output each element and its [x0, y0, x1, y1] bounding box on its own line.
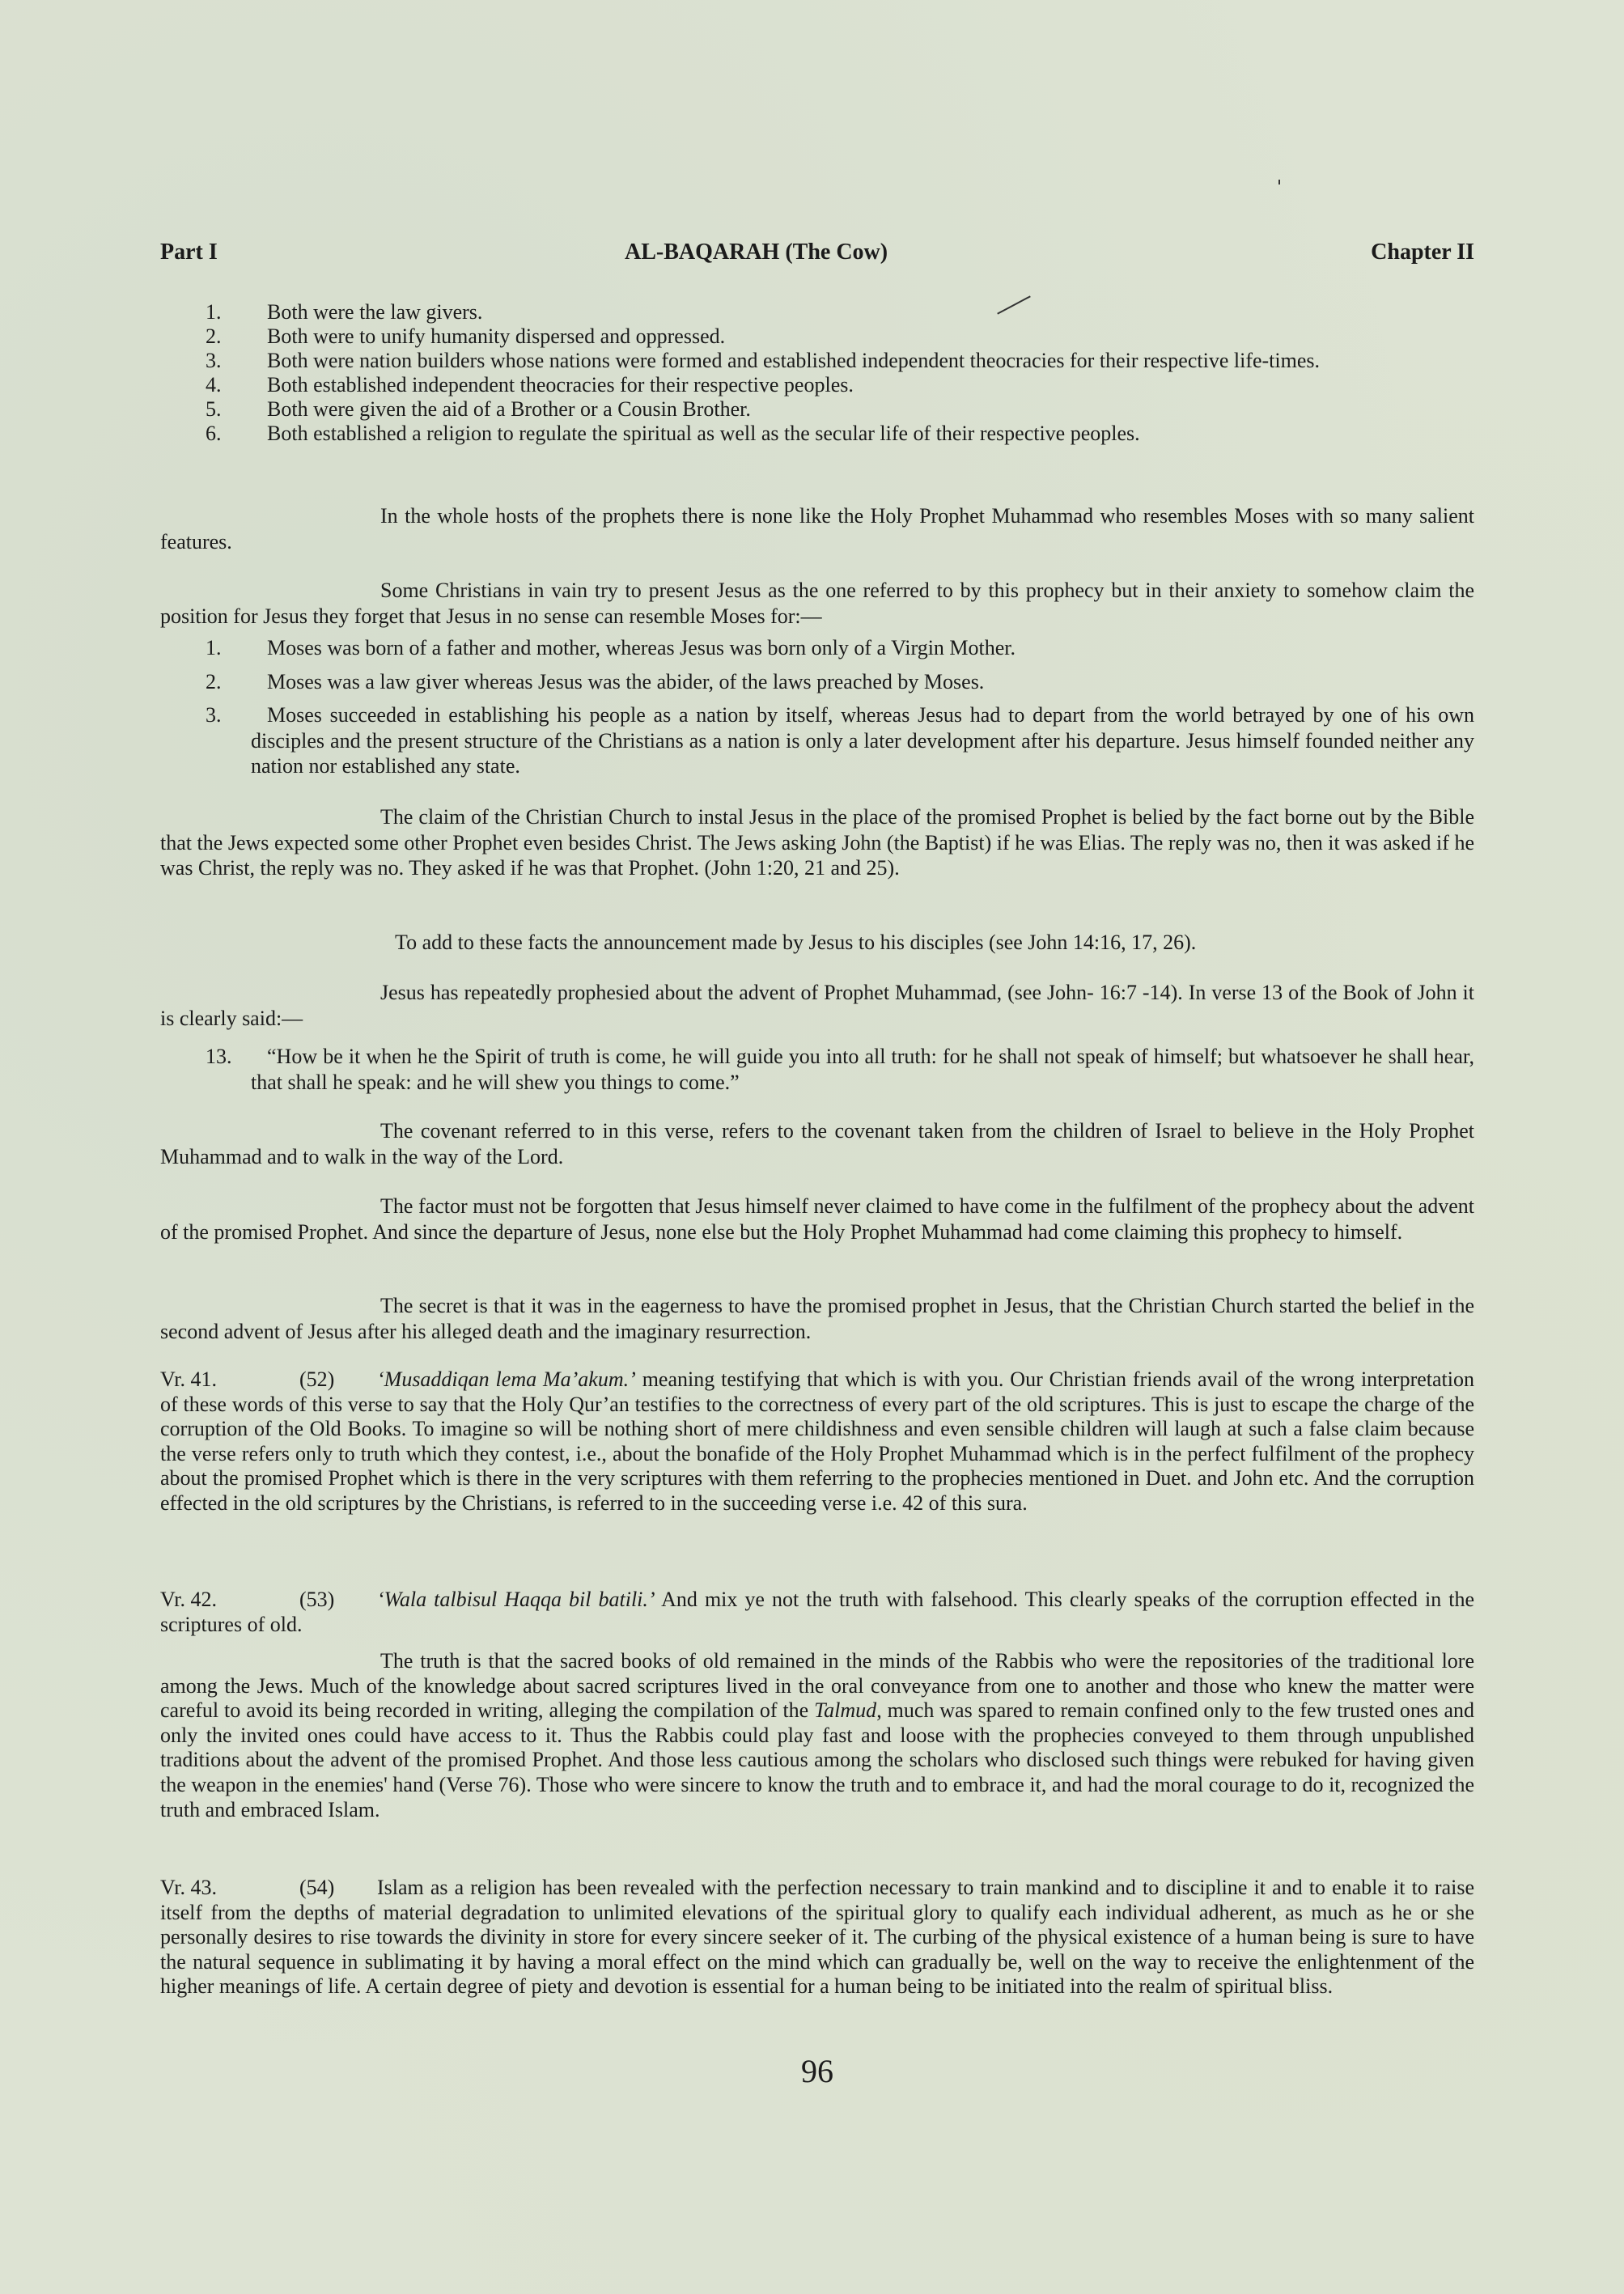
- part-label: Part I: [160, 240, 218, 265]
- quote-item: 13.“How be it when he the Spirit of trut…: [160, 1044, 1474, 1095]
- differences-list: 1.Moses was born of a father and mother,…: [160, 635, 1474, 779]
- verse-number: Vr. 42.: [160, 1588, 299, 1613]
- verse-number: Vr. 41.: [160, 1367, 299, 1393]
- paragraph: The secret is that it was in the eagerne…: [160, 1293, 1474, 1344]
- paragraph: In the whole hosts of the prophets there…: [160, 503, 1474, 554]
- chapter-title: AL-BAQARAH (The Cow): [625, 240, 888, 265]
- verse-commentary-42: Vr. 42.(53)‘Wala talbisul Haqqa bil bati…: [160, 1588, 1474, 1637]
- list-item: 1.Moses was born of a father and mother,…: [160, 635, 1474, 661]
- note-number: (54): [299, 1876, 377, 1901]
- list-item: 4.Both established independent theocraci…: [160, 373, 1474, 397]
- transliteration: ‘Wala talbisul Haqqa bil batili.’: [377, 1588, 655, 1611]
- verse-commentary-43: Vr. 43.(54)Islam as a religion has been …: [160, 1876, 1474, 1999]
- page-number: 96: [160, 2052, 1474, 2090]
- paragraph: Some Christians in vain try to present J…: [160, 578, 1474, 629]
- list-item: 2.Both were to unify humanity dispersed …: [160, 324, 1474, 349]
- list-item: 3.Moses succeeded in establishing his pe…: [160, 702, 1474, 779]
- paragraph: The truth is that the sacred books of ol…: [160, 1649, 1474, 1822]
- paragraph: The claim of the Christian Church to ins…: [160, 804, 1474, 881]
- paragraph: The factor must not be forgotten that Je…: [160, 1194, 1474, 1245]
- verse-commentary-41: Vr. 41.(52)‘Musaddiqan lema Ma’akum.’ me…: [160, 1367, 1474, 1516]
- paragraph: Jesus has repeatedly prophesied about th…: [160, 980, 1474, 1031]
- transliteration: ‘Musaddiqan lema Ma’akum.’: [377, 1367, 636, 1391]
- list-item: 5.Both were given the aid of a Brother o…: [160, 397, 1474, 422]
- similarities-list: 1.Both were the law givers. 2.Both were …: [160, 300, 1474, 446]
- note-number: (52): [299, 1367, 377, 1393]
- list-item: 6.Both established a religion to regulat…: [160, 422, 1474, 446]
- paragraph: The covenant referred to in this verse, …: [160, 1118, 1474, 1169]
- list-item: 1.Both were the law givers.: [160, 300, 1474, 324]
- verse-number: Vr. 43.: [160, 1876, 299, 1901]
- running-head: Part I AL-BAQARAH (The Cow) Chapter II: [160, 240, 1474, 269]
- chapter-label: Chapter II: [1371, 240, 1474, 265]
- note-number: (53): [299, 1588, 377, 1613]
- list-item: 2.Moses was a law giver whereas Jesus wa…: [160, 669, 1474, 695]
- bible-quote: 13.“How be it when he the Spirit of trut…: [160, 1044, 1474, 1095]
- paragraph: To add to these facts the announcement m…: [160, 930, 1474, 956]
- speck: [1278, 180, 1280, 184]
- list-item: 3.Both were nation builders whose nation…: [160, 349, 1474, 373]
